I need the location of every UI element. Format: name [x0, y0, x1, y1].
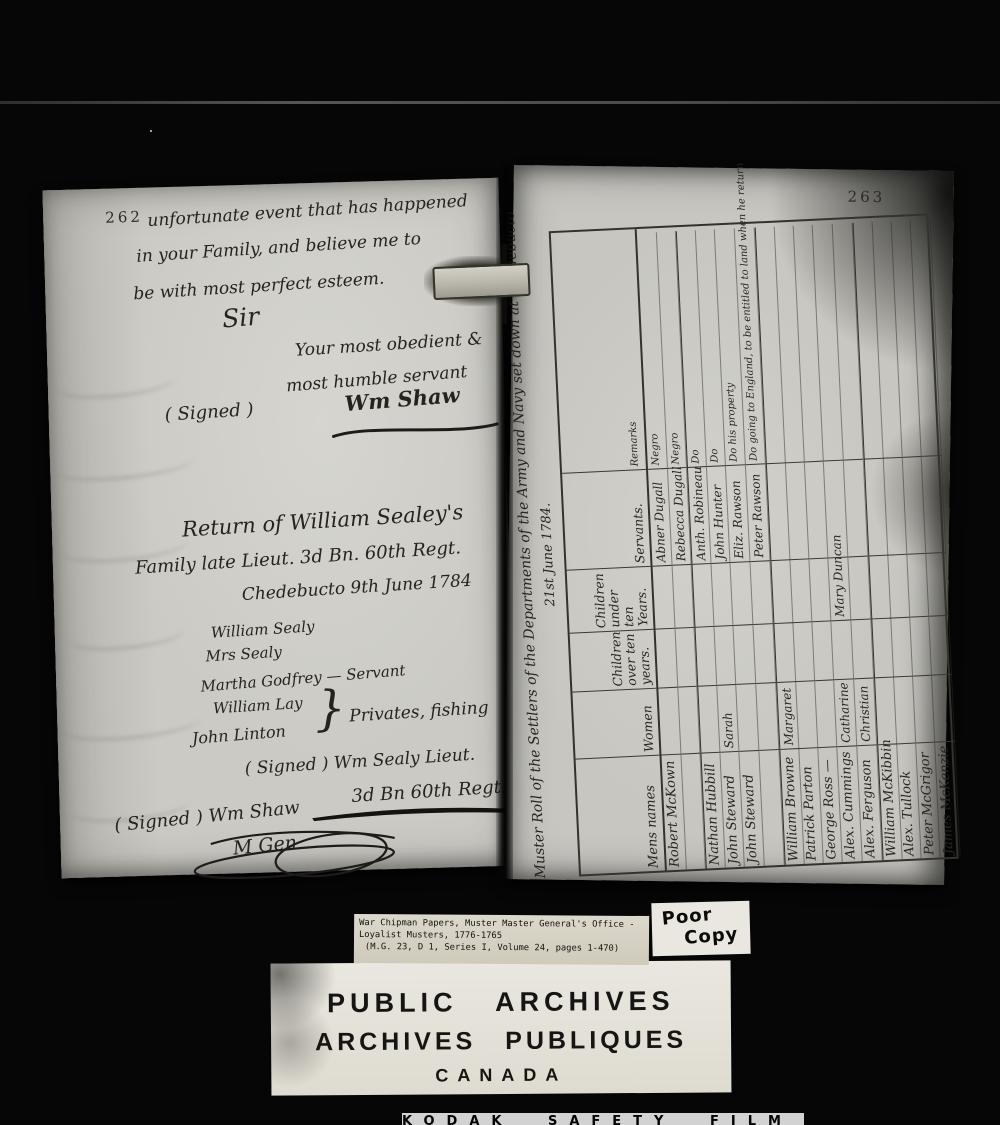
brace-note: Privates, fishing	[349, 698, 489, 727]
bleedthrough-mark	[53, 444, 195, 487]
ledger-cell-child_over	[675, 627, 697, 687]
return-heading-place-date: Chedebucto 9th June 1784	[241, 571, 472, 605]
ledger-cell-woman	[932, 674, 955, 742]
brace-glyph: }	[314, 680, 346, 737]
page-number-left: 262	[105, 208, 143, 227]
muster-roll-ledger: Muster Roll of the Settlers of the Depar…	[503, 213, 959, 878]
ledger-column-header: Children over ten years.	[570, 629, 657, 692]
ledger-cell-name: James McKenzie	[935, 741, 960, 858]
microfilm-frame: 262 unfortunate event that has happened …	[0, 0, 1000, 1125]
bleedthrough-mark	[55, 363, 177, 404]
ledger-column-header: Women	[572, 688, 659, 759]
poor-copy-stamp: Poor Copy	[651, 901, 750, 957]
ledger-column-header: Children under ten Years.	[567, 566, 654, 633]
ledger-cell-child_over	[812, 620, 834, 680]
kodak-edge-text: KODAK SAFETY FILM	[402, 1114, 804, 1125]
ledger-cell-child_over	[832, 619, 854, 679]
signed-label: ( Signed )	[164, 399, 254, 426]
ledger-column-header: Mens names	[576, 755, 665, 875]
signature-loop-flourish	[178, 818, 412, 886]
caption-line: (M.G. 23, D 1, Series I, Volume 24, page…	[359, 942, 644, 956]
ledger-cell-child_over	[656, 628, 678, 688]
poor-copy-word: Copy	[683, 924, 739, 949]
bleedthrough-mark	[66, 615, 186, 655]
letter-line: unfortunate event that has happened	[147, 191, 468, 231]
archives-line-fr: ARCHIVES PUBLIQUES	[271, 1025, 731, 1057]
ledger-cell-child_over	[753, 623, 775, 683]
bleedthrough-mark	[61, 704, 201, 746]
kodak-film-edge-strip: KODAK SAFETY FILM	[402, 1113, 804, 1125]
family-member: Martha Godfrey — Servant	[200, 661, 406, 695]
regiment-line: 3d Bn 60th Regt. (	[351, 776, 520, 808]
ledger-cell-child_over	[851, 619, 873, 679]
letter-closing: Your most obedient &	[294, 329, 483, 361]
muster-roll-table: Mens namesWomenChildren over ten years.C…	[549, 213, 959, 876]
letter-salutation: Sir	[221, 302, 260, 334]
film-frame-divider-line	[0, 101, 1000, 104]
family-member: Mrs Sealy	[205, 643, 282, 666]
ledger-column-header: Servants.	[562, 469, 650, 570]
public-archives-card: PUBLIC ARCHIVES ARCHIVES PUBLIQUES CANAD…	[271, 960, 732, 1095]
letter-line: be with most perfect esteem.	[133, 269, 385, 305]
letter-line: in your Family, and believe me to	[136, 229, 422, 267]
book-tie-clasp	[432, 263, 530, 300]
page-number-right: 263	[847, 188, 885, 207]
family-member: William Sealy	[210, 617, 315, 641]
signature-wm-sealy: ( Signed ) Wm Sealy Lieut.	[244, 745, 475, 779]
archives-line-en: PUBLIC ARCHIVES	[271, 985, 731, 1019]
ledger-cell-servant	[922, 455, 946, 553]
signature-flourish	[329, 418, 501, 443]
ledger-cell-child_over	[714, 625, 736, 685]
family-member: William Lay	[212, 694, 303, 718]
archives-line-canada: CANADA	[271, 1063, 731, 1087]
ledger-cell-child_over	[910, 616, 932, 676]
archive-caption-card: War Chipman Papers, Muster Master Genera…	[354, 914, 649, 965]
ledger-body: Robert McKownAbner DugallNegroRebecca Du…	[637, 215, 961, 870]
ledger-cell-child_over	[734, 624, 756, 684]
return-heading: Return of William Sealey's	[181, 500, 464, 542]
ledger-cell-child_under	[927, 552, 950, 616]
film-dust-specks	[150, 130, 152, 132]
right-page: 263 Muster Roll of the Settlers of the D…	[504, 165, 954, 885]
ledger-cell-child_over	[930, 615, 952, 675]
family-member: John Linton	[191, 721, 286, 747]
ledger-column-header: Remarks	[551, 233, 646, 473]
